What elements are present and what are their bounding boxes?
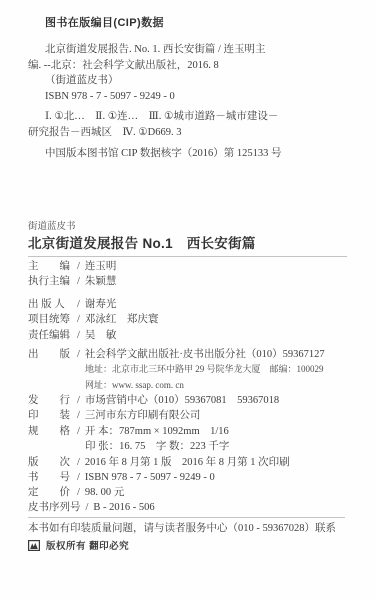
row-value: 2016 年 8 月第 1 版 2016 年 8 月第 1 次印刷 (85, 455, 290, 470)
slash-separator: / (77, 297, 80, 312)
row-value: 98. 00 元 (85, 485, 124, 500)
row-value: 社会科学文献出版社·皮书出版分社（010）59367127 (85, 347, 325, 362)
row-value: 市场营销中心（010）59367081 59367018 (85, 393, 279, 408)
cip-line: （街道蓝皮书） (28, 73, 353, 89)
slash-separator: / (77, 312, 80, 327)
slash-separator: / (86, 500, 89, 515)
row-label: 定 价 (28, 485, 72, 500)
row-value: 邓泳红 郑庆寰 (85, 312, 159, 327)
cip-isbn-line: ISBN 978 - 7 - 5097 - 9249 - 0 (28, 89, 353, 105)
responsible-editor-row: 责任编辑 / 吴 敏 (28, 328, 355, 343)
imprint-block: 主 编 / 连玉明 执行主编 / 朱颖慧 出 版 人 / 谢寿光 项目统筹 / … (28, 259, 355, 501)
row-label: 出 版 人 (28, 297, 72, 312)
row-label: 皮书序列号 (28, 500, 81, 515)
row-value: B - 2016 - 506 (93, 500, 154, 515)
isbn-row: 书 号 / ISBN 978 - 7 - 5097 - 9249 - 0 (28, 470, 355, 485)
slash-separator: / (77, 455, 80, 470)
project-coordinator-row: 项目统筹 / 邓泳红 郑庆寰 (28, 312, 355, 327)
row-label: 书 号 (28, 470, 72, 485)
quality-notice: 本书如有印装质量问题，请与读者服务中心（010 - 59367028）联系 (28, 521, 355, 536)
row-value: 连玉明 (85, 259, 117, 274)
title-divider (28, 256, 347, 257)
title-block: 街道蓝皮书 北京街道发展报告 No.1 西长安街篇 (28, 220, 347, 253)
cip-block: 图书在版编目(CIP)数据 北京街道发展报告. No. 1. 西长安街篇 / 连… (28, 14, 353, 162)
price-row: 定 价 / 98. 00 元 (28, 485, 355, 500)
copyright-statement: 版权所有 翻印必究 (46, 538, 129, 552)
publisher-address: 地址：北京市北三环中路甲 29 号院华龙大厦 邮编：100029 (28, 362, 355, 377)
row-label: 责任编辑 (28, 328, 72, 343)
cip-classification-line: Ⅰ. ①北… Ⅱ. ①连… Ⅲ. ①城市道路－城市建设－ (28, 109, 353, 125)
series-label: 街道蓝皮书 (28, 220, 347, 233)
slash-separator: / (77, 347, 80, 362)
publisher-person-row: 出 版 人 / 谢寿光 (28, 297, 355, 312)
publisher-website: 网址：www. ssap. com. cn (28, 378, 355, 393)
footer-divider (28, 517, 345, 518)
cip-line: 编. --北京：社会科学文献出版社，2016. 8 (28, 58, 353, 74)
row-label: 规 格 (28, 424, 72, 439)
colophon-page: 图书在版编目(CIP)数据 北京街道发展报告. No. 1. 西长安街篇 / 连… (0, 0, 375, 601)
row-label: 发 行 (28, 393, 72, 408)
series-serial-row: 皮书序列号 / B - 2016 - 506 (28, 500, 155, 515)
row-value: 吴 敏 (85, 328, 117, 343)
cip-classification-line: 研究报告－西城区 Ⅳ. ①D669. 3 (28, 125, 353, 141)
row-value: 朱颖慧 (85, 274, 117, 289)
copyright-logo-icon (28, 540, 40, 551)
row-label: 执行主编 (28, 274, 72, 289)
slash-separator: / (77, 274, 80, 289)
format-row: 规 格 / 开 本：787mm × 1092mm 1/16 (28, 424, 355, 439)
slash-separator: / (77, 470, 80, 485)
slash-separator: / (77, 408, 80, 423)
row-value: ISBN 978 - 7 - 5097 - 9249 - 0 (85, 470, 215, 485)
distribution-row: 发 行 / 市场营销中心（010）59367081 59367018 (28, 393, 355, 408)
copyright-row: 版权所有 翻印必究 (28, 538, 129, 552)
row-label: 项目统筹 (28, 312, 72, 327)
sheets-wordcount-line: 印 张：16. 75 字 数：223 千字 (28, 439, 355, 454)
cip-heading: 图书在版编目(CIP)数据 (28, 14, 353, 30)
slash-separator: / (77, 328, 80, 343)
slash-separator: / (77, 485, 80, 500)
slash-separator: / (77, 424, 80, 439)
cip-line: 北京街道发展报告. No. 1. 西长安街篇 / 连玉明主 (28, 42, 353, 58)
row-label: 版 次 (28, 455, 72, 470)
row-label: 印 装 (28, 408, 72, 423)
row-value: 开 本：787mm × 1092mm 1/16 (85, 424, 229, 439)
executive-editor-row: 执行主编 / 朱颖慧 (28, 274, 355, 289)
printing-row: 印 装 / 三河市东方印刷有限公司 (28, 408, 355, 423)
row-value: 谢寿光 (85, 297, 117, 312)
slash-separator: / (77, 393, 80, 408)
cip-record-number: 中国版本图书馆 CIP 数据核字（2016）第 125133 号 (28, 146, 353, 162)
book-title: 北京街道发展报告 No.1 西长安街篇 (28, 235, 347, 253)
slash-separator: / (77, 259, 80, 274)
publisher-row: 出 版 / 社会科学文献出版社·皮书出版分社（010）59367127 (28, 347, 355, 362)
row-label: 出 版 (28, 347, 72, 362)
row-value: 三河市东方印刷有限公司 (85, 408, 201, 423)
row-label: 主 编 (28, 259, 72, 274)
edition-row: 版 次 / 2016 年 8 月第 1 版 2016 年 8 月第 1 次印刷 (28, 455, 355, 470)
chief-editor-row: 主 编 / 连玉明 (28, 259, 355, 274)
